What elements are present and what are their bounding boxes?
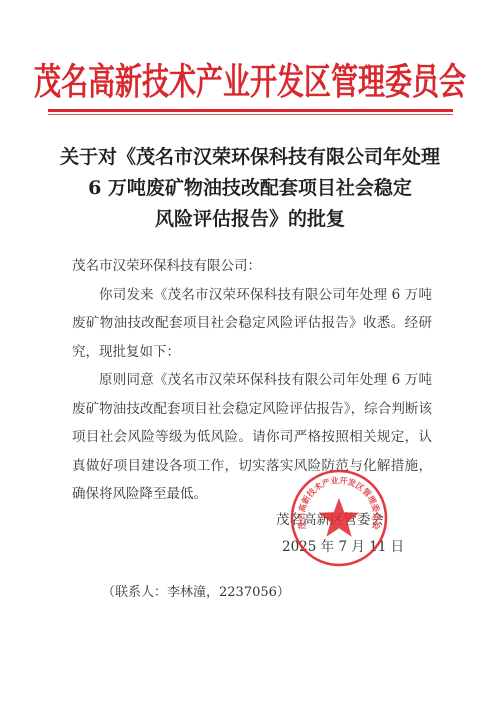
document-page: 茂名高新技术产业开发区管理委员会 关于对《茂名市汉荣环保科技有限公司年处理 6 … — [0, 0, 500, 707]
title-line: 6 万吨废矿物油技改配套项目社会稳定 — [0, 173, 500, 204]
title-line: 风险评估报告》的批复 — [0, 204, 500, 235]
signature-date: 2025 年 7 月 11 日 — [270, 534, 440, 561]
body-paragraph: 原则同意《茂名市汉荣环保科技有限公司年处理 6 万吨废矿物油技改配套项目社会稳定… — [72, 366, 432, 509]
salutation: 茂名市汉荣环保科技有限公司： — [72, 252, 432, 281]
masthead-divider-thin — [48, 114, 453, 115]
masthead-divider-thick — [48, 109, 453, 112]
masthead-title: 茂名高新技术产业开发区管理委员会 — [0, 52, 500, 105]
document-title: 关于对《茂名市汉荣环保科技有限公司年处理 6 万吨废矿物油技改配套项目社会稳定 … — [0, 142, 500, 235]
signature-block: 茂名高新区管委会 2025 年 7 月 11 日 — [270, 507, 440, 561]
signature-organization: 茂名高新区管委会 — [270, 507, 440, 534]
title-line: 关于对《茂名市汉荣环保科技有限公司年处理 — [0, 142, 500, 173]
contact-info: （联系人：李林潼，2237056） — [102, 581, 290, 600]
document-body: 茂名市汉荣环保科技有限公司： 你司发来《茂名市汉荣环保科技有限公司年处理 6 万… — [72, 252, 432, 509]
body-paragraph: 你司发来《茂名市汉荣环保科技有限公司年处理 6 万吨废矿物油技改配套项目社会稳定… — [72, 281, 432, 367]
